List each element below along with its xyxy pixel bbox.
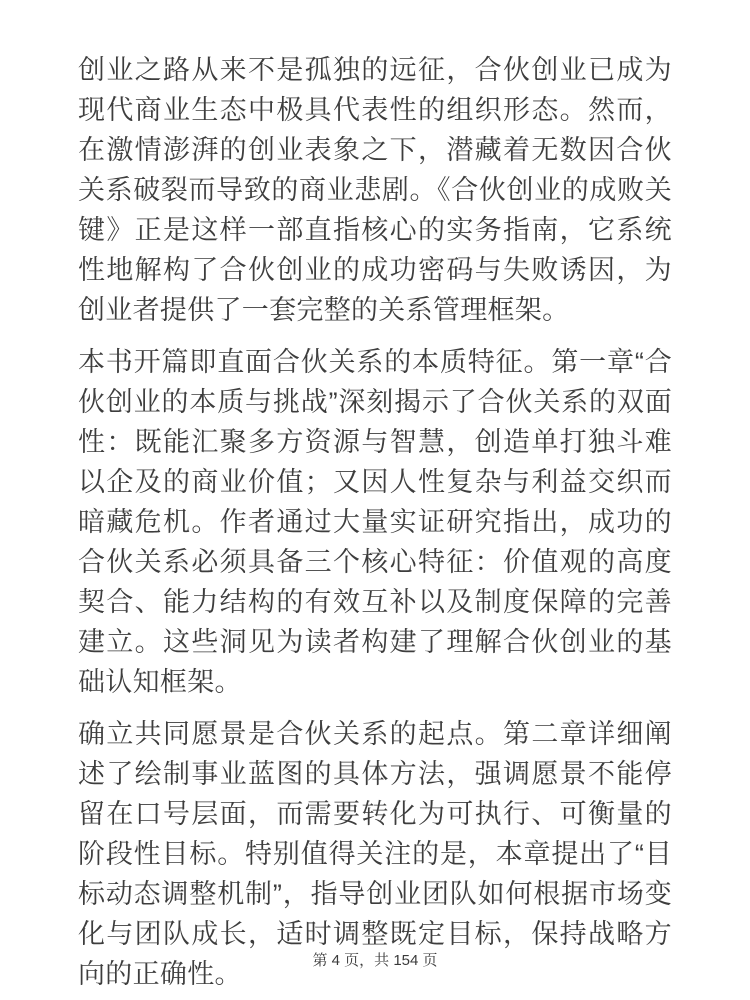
page-number-footer: 第 4 页，共 154 页	[0, 952, 750, 970]
document-page: 创业之路从来不是孤独的远征，合伙创业已成为现代商业生态中极具代表性的组织形态。然…	[0, 0, 750, 1000]
paragraph-intro: 创业之路从来不是孤独的远征，合伙创业已成为现代商业生态中极具代表性的组织形态。然…	[78, 50, 672, 330]
paragraph-chapter-one: 本书开篇即直面合伙关系的本质特征。第一章“合伙创业的本质与挑战”深刻揭示了合伙关…	[78, 342, 672, 702]
document-body: 创业之路从来不是孤独的远征，合伙创业已成为现代商业生态中极具代表性的组织形态。然…	[78, 50, 672, 1000]
